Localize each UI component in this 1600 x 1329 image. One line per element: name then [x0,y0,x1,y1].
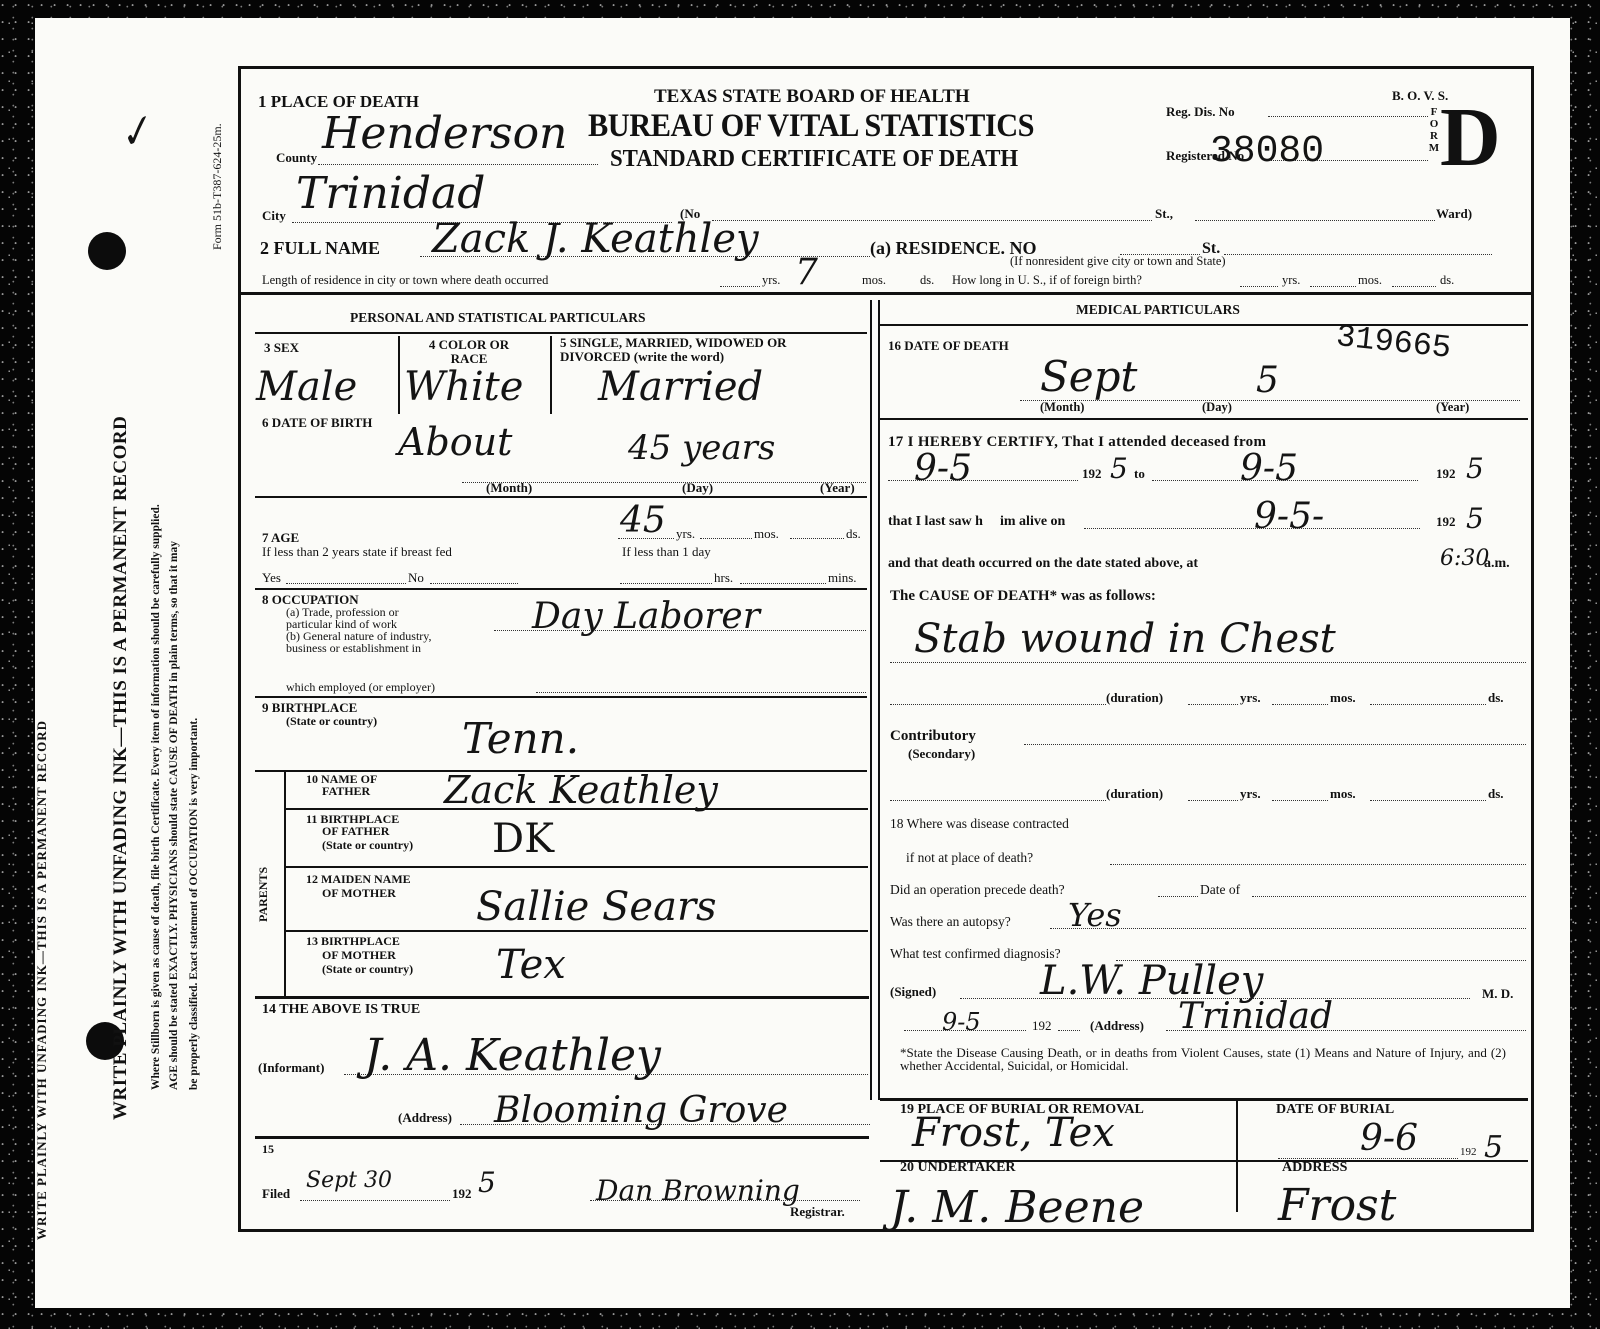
cause-mos-field[interactable] [1272,704,1328,705]
contributory-mos-field[interactable] [1272,800,1328,801]
mother-rule [286,930,868,932]
registrar-field[interactable] [590,1200,860,1201]
age-ds-label: ds. [846,526,861,542]
full-name-value: Zack J. Keathley [432,216,759,262]
registrar-signature: Dan Browning [596,1174,800,1207]
cause-duration-label: (duration) [1106,690,1163,706]
last-saw-mid-label: im alive on [1000,514,1065,530]
informant-address-value: Blooming Grove [494,1090,788,1131]
mother-birthplace-label-3: (State or country) [322,962,413,977]
length-mos-label: mos. [862,273,886,288]
us-ds-label: ds. [1440,273,1454,288]
ward-label: Ward) [1436,206,1472,222]
date-of-death-rule [880,418,1528,420]
age-mos-label: mos. [754,526,779,542]
us-yrs-label: yrs. [1282,273,1300,288]
mother-birthplace-label-2: OF MOTHER [322,948,396,963]
race-value: White [404,364,523,410]
father-birthplace-label-3: (State or country) [322,838,413,853]
death-day-value: 5 [1256,360,1279,401]
mother-value: Sallie Sears [476,884,717,930]
margin-headline: WRITE PLAINLY WITH UNFADING INK—THIS IS … [110,416,132,1120]
burial-place-value: Frost, Tex [912,1110,1115,1156]
county-field[interactable] [318,164,598,165]
father-label-2: FATHER [322,784,370,799]
mins-label: mins. [828,570,857,586]
not-at-place-label: if not at place of death? [906,850,1033,866]
length-residence-label: Length of residence in city or town wher… [262,273,548,288]
column-divider-right [878,300,880,1100]
parents-bottom-rule [255,996,869,999]
birthplace-sub-label: (State or country) [286,714,377,729]
test-confirmed-label: What test confirmed diagnosis? [890,946,1061,962]
dob-value-years: 45 years [628,428,775,468]
marital-label: 5 SINGLE, MARRIED, WIDOWED OR DIVORCED (… [560,336,860,364]
contributory-label: Contributory [890,728,976,745]
contributory-duration-field[interactable] [890,800,1106,801]
sign-year-prefix: 192 [1032,1018,1052,1034]
us-yrs-field[interactable] [1240,286,1278,287]
occupation-rule [255,696,867,698]
medical-title-rule [880,324,1528,326]
attended-to-value: 9-5 [1240,448,1298,489]
ward-field[interactable] [1195,220,1435,221]
county-value: Henderson [322,108,567,159]
form-code: Form 51b-T387-624-25m. [210,123,225,250]
age-yrs-field[interactable] [618,538,674,539]
race-marital-divider [550,336,552,414]
race-label: 4 COLOR OR RACE [414,338,524,366]
signed-label: (Signed) [890,984,936,1000]
mother-label-1: 12 MAIDEN NAME [306,872,411,887]
death-occurred-label: and that death occurred on the date stat… [888,556,1198,572]
operation-date-field[interactable] [1252,896,1526,897]
mother-birthplace-value: Tex [496,942,566,988]
foreign-birth-label: How long in U. S., if of foreign birth? [952,273,1142,288]
occupation-value: Day Laborer [532,596,760,637]
last-saw-value: 9-5- [1254,496,1324,537]
informant-bottom-rule [255,1136,869,1139]
length-yrs-field[interactable] [720,286,760,287]
above-true-label: 14 THE ABOVE IS TRUE [262,1002,420,1018]
age-mos-field[interactable] [700,538,752,539]
informant-address-label: (Address) [398,1110,452,1126]
nonresident-note: (If nonresident give city or town and St… [1010,254,1226,269]
cause-ds-label: ds. [1488,690,1504,706]
outer-margin-text: WRITE PLAINLY WITH UNFADING INK—THIS IS … [34,720,50,1240]
ampm-label: a.m. [1484,556,1510,572]
filed-date-value: Sept 30 [306,1168,392,1193]
marital-value: Married [598,364,763,410]
parents-divider [284,772,286,998]
burial-divider [1236,1100,1238,1212]
age-rule [255,588,867,590]
autopsy-label: Was there an autopsy? [890,914,1011,930]
burial-top-rule [880,1098,1528,1101]
death-year-label: (Year) [1436,400,1469,415]
physician-address-value: Trinidad [1178,996,1333,1037]
dob-year-label: (Year) [820,480,855,496]
father-birthplace-label-2: OF FATHER [322,824,389,839]
dob-rule [255,496,867,498]
filed-label: Filed [262,1186,290,1202]
contributory-ds-field[interactable] [1370,800,1486,801]
residence-st-field[interactable] [1224,254,1492,255]
us-mos-field[interactable] [1310,286,1356,287]
date-of-death-label: 16 DATE OF DEATH [888,338,1009,354]
filed-year-value: 5 [478,1166,496,1199]
burial-date-label: DATE OF BURIAL [1276,1102,1394,1118]
operation-field[interactable] [1158,896,1198,897]
occupation-b2-label: business or establishment in [286,642,421,654]
margin-instruction-2: AGE should be stated EXACTLY. PHYSICIANS… [168,541,180,1090]
contributory-duration-label: (duration) [1106,786,1163,802]
column-divider-left [870,300,872,1100]
sign-date-value: 9-5 [942,1008,981,1036]
sign-year-field[interactable] [1058,1030,1080,1031]
reg-dis-field[interactable] [1268,116,1428,117]
burial-date-value: 9-6 [1360,1118,1418,1159]
attended-to-year: 5 [1466,452,1484,485]
informant-value: J. A. Keathley [364,1030,661,1081]
sex-value: Male [256,364,357,410]
attended-from-year-prefix: 192 [1082,466,1102,482]
length-yrs-label: yrs. [762,273,780,288]
us-mos-label: mos. [1358,273,1382,288]
contributory-ds-label: ds. [1488,786,1504,802]
cause-yrs-label: yrs. [1240,690,1261,706]
dob-label: 6 DATE OF BIRTH [262,415,372,431]
medical-section-title: MEDICAL PARTICULARS [1076,302,1240,318]
secondary-label: (Secondary) [908,746,975,762]
cause-of-death-label: The CAUSE OF DEATH* was as follows: [890,588,1156,605]
header-divider [240,292,1532,295]
mother-birthplace-label-1: 13 BIRTHPLACE [306,934,400,949]
last-saw-label: that I last saw h [888,514,983,530]
operation-label: Did an operation precede death? [890,882,1065,898]
last-saw-year-prefix: 192 [1436,514,1456,530]
undertaker-value: J. M. Beene [890,1182,1144,1233]
cause-mos-label: mos. [1330,690,1356,706]
dob-value-about: About [398,420,512,464]
personal-section-title: PERSONAL AND STATISTICAL PARTICULARS [350,310,645,326]
breast-fed-yes-field[interactable] [286,583,406,584]
contributory-yrs-field[interactable] [1188,800,1238,801]
hrs-label: hrs. [714,570,733,586]
city-label: City [262,208,286,224]
attended-from-value: 9-5 [914,448,972,489]
operation-date-label: Date of [1200,882,1240,898]
father-value: Zack Keathley [444,768,718,812]
birthplace-value: Tenn. [462,714,579,763]
dob-month-label: (Month) [486,480,532,496]
reg-dis-label: Reg. Dis. No [1166,104,1235,120]
autopsy-value: Yes [1068,896,1122,934]
father-birthplace-value: DK [492,816,554,862]
length-ds-label: ds. [920,273,934,288]
death-time-value: 6:30 [1440,546,1489,571]
full-name-label: 2 FULL NAME [260,238,380,259]
attended-from-year: 5 [1110,452,1128,485]
filed-number: 15 [262,1142,274,1157]
less-than-day-label: If less than 1 day [622,544,711,560]
agency-title: TEXAS STATE BOARD OF HEALTH [654,86,970,108]
breast-fed-no-label: No [408,570,424,586]
us-ds-field[interactable] [1392,286,1436,287]
registrar-label: Registrar. [790,1204,845,1220]
physician-address-label: (Address) [1090,1018,1144,1034]
death-day-label: (Day) [1202,400,1232,415]
father-birthplace-rule [286,866,868,868]
form-word-vertical: FORM [1428,106,1440,154]
death-month-value: Sept [1040,352,1137,401]
md-label: M. D. [1482,986,1513,1002]
form-d-letter: D [1440,96,1501,180]
bureau-title: BUREAU OF VITAL STATISTICS [588,108,1034,145]
breast-fed-label: If less than 2 years state if breast fed [262,544,452,560]
contributory-mos-label: mos. [1330,786,1356,802]
cause-footnote: *State the Disease Causing Death, or in … [900,1046,1506,1072]
cause-of-death-value: Stab wound in Chest [914,616,1336,662]
certificate-title: STANDARD CERTIFICATE OF DEATH [610,146,1018,173]
undertaker-label: 20 UNDERTAKER [900,1160,1016,1176]
last-saw-year: 5 [1466,502,1484,535]
attended-to-year-prefix: 192 [1436,466,1456,482]
address-no-field[interactable] [712,220,1152,221]
cause-yrs-field[interactable] [1188,704,1238,705]
punch-hole-top [88,232,126,270]
undertaker-address-value: Frost [1278,1180,1396,1231]
attended-to-label: to [1134,466,1145,482]
employer-field[interactable] [536,692,866,693]
death-month-label: (Month) [1040,400,1084,415]
father-rule [286,808,868,810]
cause-ds-field[interactable] [1370,704,1486,705]
city-value: Trinidad [296,168,485,219]
breast-fed-yes-label: Yes [262,570,281,586]
contributory-field[interactable] [1024,744,1526,745]
length-mos-value: 7 [795,252,818,293]
age-value: 45 [620,500,666,541]
contributory-yrs-label: yrs. [1240,786,1261,802]
cause-of-death-field[interactable] [890,662,1526,663]
personal-title-rule [255,332,867,334]
mins-field[interactable] [740,583,826,584]
filed-date-field[interactable] [300,1200,450,1201]
registered-number: 38080 [1210,130,1324,173]
mother-label-2: OF MOTHER [322,886,396,901]
informant-label: (Informant) [258,1060,324,1076]
street-label: St., [1155,206,1173,222]
margin-instruction-1: Where Stillborn is given as cause of dea… [150,504,162,1090]
county-label: County [276,150,317,166]
not-at-place-field[interactable] [1110,864,1526,865]
disease-contracted-label: 18 Where was disease contracted [890,816,1069,832]
occupation-b3-label: which employed (or employer) [286,680,435,695]
last-saw-field[interactable] [1084,528,1420,529]
sex-label: 3 SEX [264,340,299,356]
age-yrs-label: yrs. [676,526,695,542]
cause-duration-field[interactable] [890,704,1106,705]
dob-day-label: (Day) [682,480,713,496]
margin-instruction-3: be properly classified. Exact statement … [188,718,200,1090]
burial-year-prefix: 192 [1460,1146,1477,1158]
filed-year-prefix: 192 [452,1186,472,1202]
breast-fed-no-field[interactable] [430,583,518,584]
undertaker-address-label: ADDRESS [1282,1160,1347,1176]
hrs-field[interactable] [620,583,712,584]
parents-label: PARENTS [256,867,271,922]
age-ds-field[interactable] [790,538,844,539]
sex-race-divider [398,336,400,414]
